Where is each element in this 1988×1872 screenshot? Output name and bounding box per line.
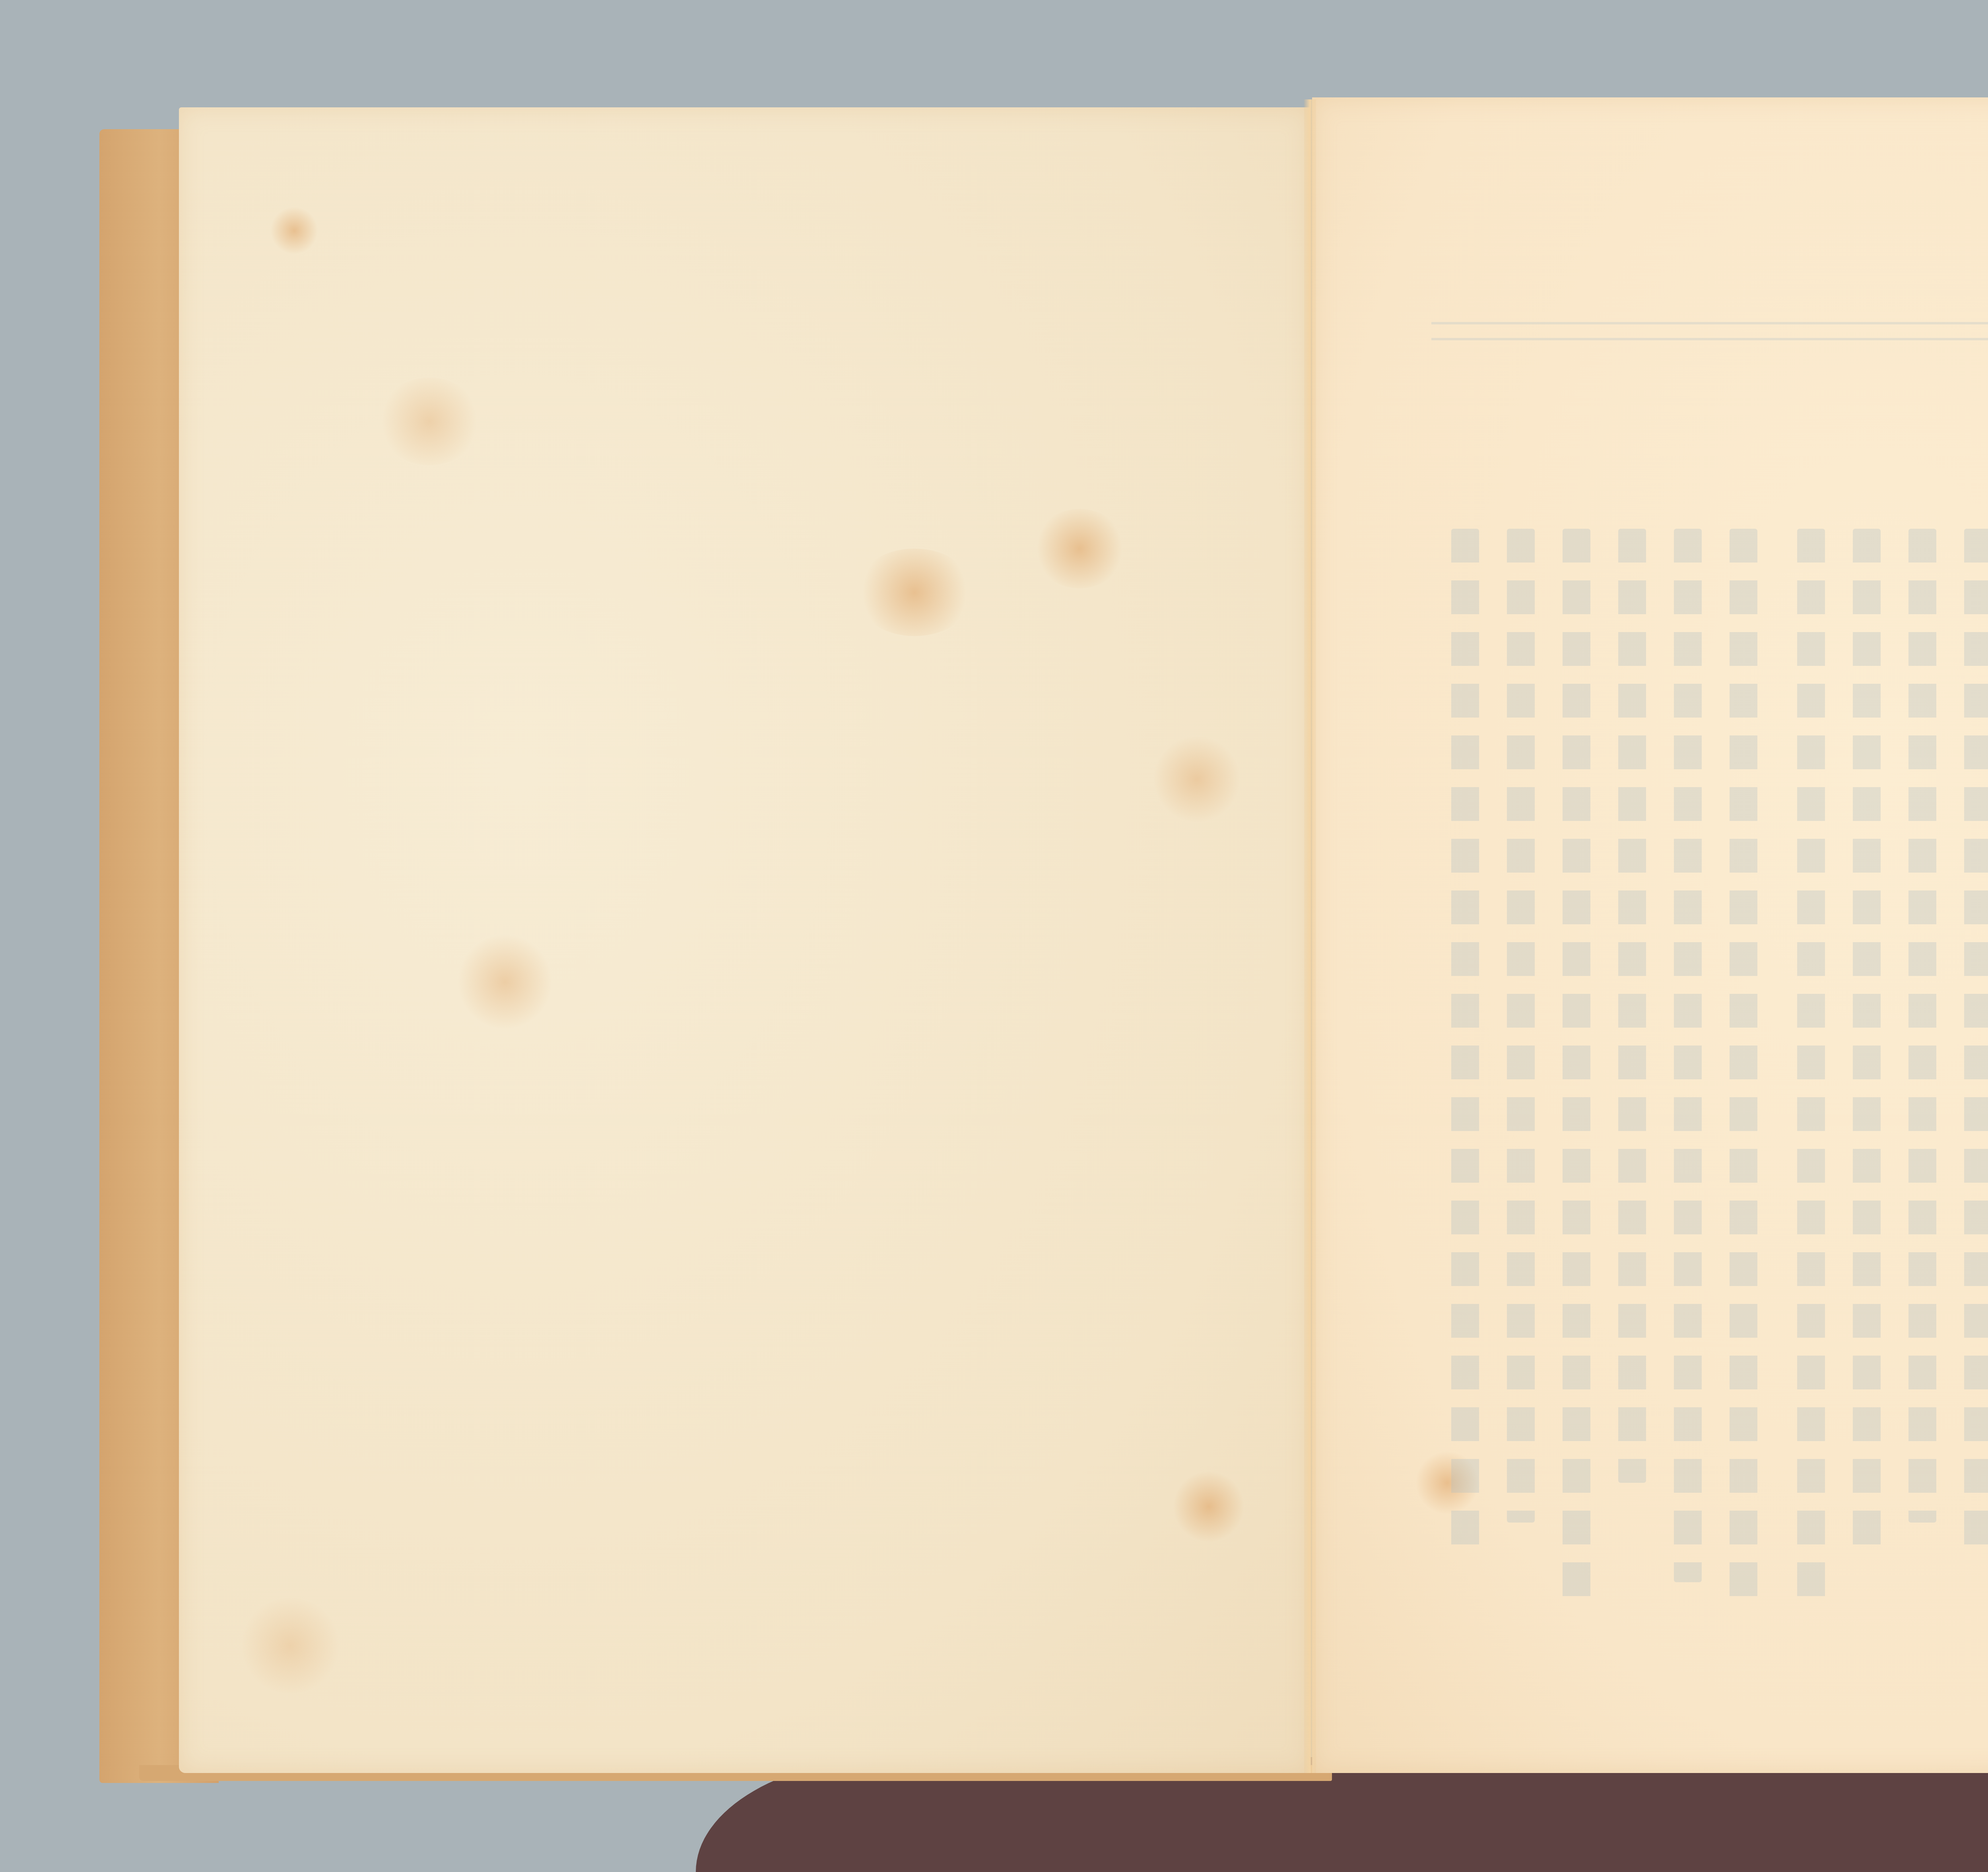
show-through-text-column bbox=[1730, 529, 1757, 1602]
foxing-stain bbox=[270, 207, 318, 254]
foxing-stain bbox=[855, 549, 974, 636]
show-through-text-column bbox=[1674, 529, 1702, 1582]
foxing-stain bbox=[239, 1598, 342, 1694]
foxing-stain bbox=[1034, 509, 1125, 588]
show-through-header-rule bbox=[1431, 338, 1988, 340]
foxing-stain bbox=[1173, 1471, 1244, 1542]
show-through-text-column bbox=[1797, 529, 1825, 1602]
show-through-text-column bbox=[1563, 529, 1590, 1602]
show-through-text-column bbox=[1507, 529, 1535, 1523]
right-page bbox=[1312, 97, 1988, 1773]
left-page bbox=[179, 107, 1310, 1773]
show-through-text-column bbox=[1964, 529, 1988, 1562]
show-through-header-rule bbox=[1431, 322, 1988, 324]
show-through-text-column bbox=[1908, 529, 1936, 1523]
book-gutter bbox=[1304, 99, 1316, 1773]
show-through-text-column bbox=[1451, 529, 1479, 1562]
foxing-stain bbox=[378, 378, 481, 465]
show-through-text-column bbox=[1853, 529, 1881, 1562]
foxing-stain bbox=[457, 934, 553, 1030]
show-through-text-column bbox=[1618, 529, 1646, 1483]
foxing-stain bbox=[1153, 735, 1241, 823]
